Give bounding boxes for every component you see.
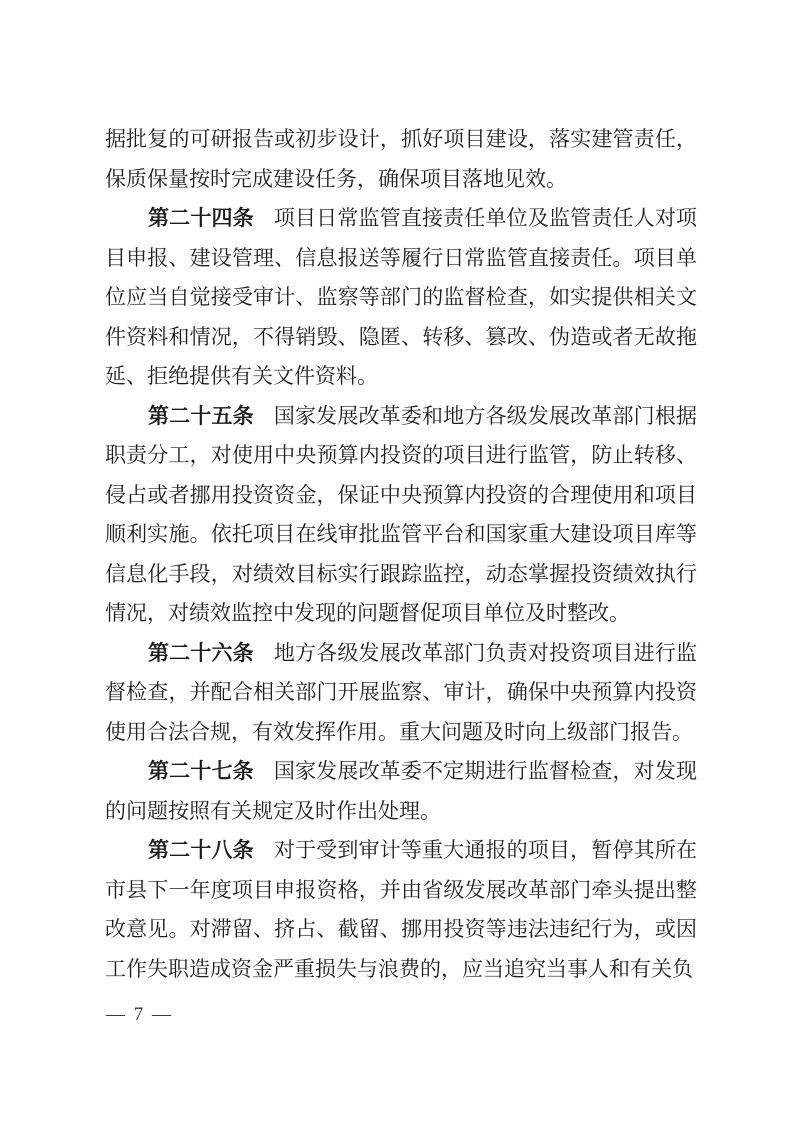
paragraph: 第二十六条地方各级发展改革部门负责对投资项目进行监督检查，并配合相关部门开展监察… — [105, 634, 697, 753]
paragraph: 第二十五条国家发展改革委和地方各级发展改革部门根据职责分工，对使用中央预算内投资… — [105, 397, 697, 634]
article-heading: 第二十五条 — [148, 405, 254, 428]
article-heading: 第二十四条 — [148, 207, 254, 230]
paragraph: 第二十四条项目日常监管直接责任单位及监管责任人对项目申报、建设管理、信息报送等履… — [105, 199, 697, 397]
document-body: 据批复的可研报告或初步设计，抓好项目建设，落实建管责任，保质保量按时完成建设任务… — [105, 120, 697, 989]
paragraph: 第二十八条对于受到审计等重大通报的项目，暂停其所在市县下一年度项目申报资格，并由… — [105, 831, 697, 989]
paragraph: 第二十七条国家发展改革委不定期进行监督检查，对发现的问题按照有关规定及时作出处理… — [105, 752, 697, 831]
paragraph-text: 据批复的可研报告或初步设计，抓好项目建设，落实建管责任，保质保量按时完成建设任务… — [105, 127, 697, 191]
page-footer: — 7 — — [106, 1002, 173, 1028]
article-heading: 第二十八条 — [148, 839, 254, 862]
page-number: — 7 — — [106, 1004, 173, 1025]
document-page: 据批复的可研报告或初步设计，抓好项目建设，落实建管责任，保质保量按时完成建设任务… — [0, 0, 800, 1131]
paragraph-text: 国家发展改革委和地方各级发展改革部门根据职责分工，对使用中央预算内投资的项目进行… — [105, 404, 697, 626]
article-heading: 第二十六条 — [148, 642, 254, 665]
article-heading: 第二十七条 — [148, 760, 254, 783]
paragraph: 据批复的可研报告或初步设计，抓好项目建设，落实建管责任，保质保量按时完成建设任务… — [105, 120, 697, 199]
paragraph-text: 项目日常监管直接责任单位及监管责任人对项目申报、建设管理、信息报送等履行日常监管… — [105, 206, 697, 388]
